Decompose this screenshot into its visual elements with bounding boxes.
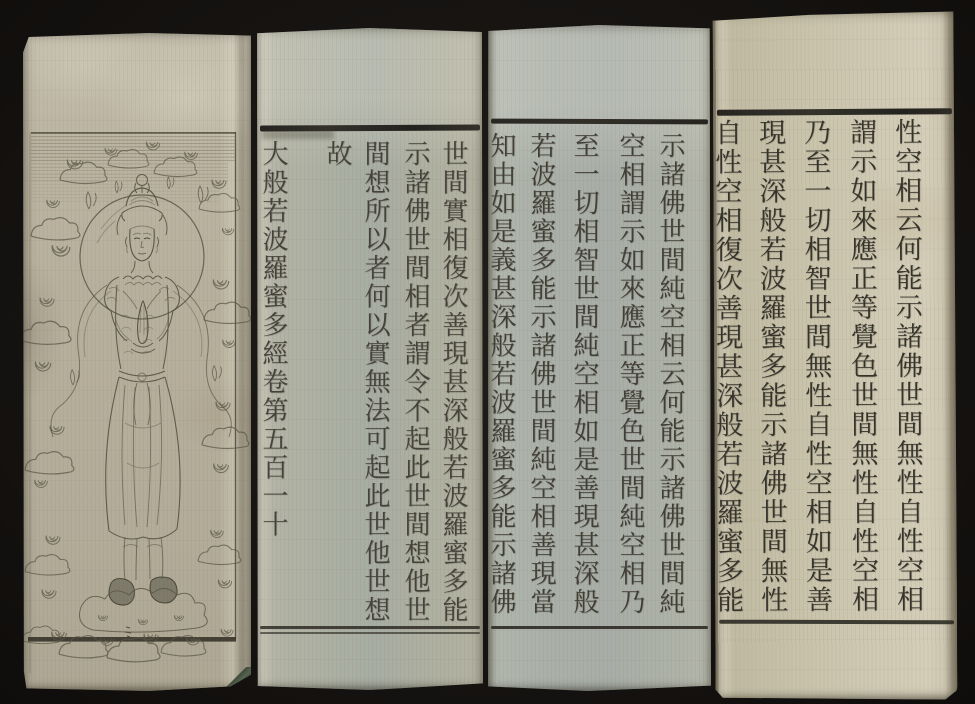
cloud-pedestal	[80, 588, 208, 637]
text-column: 示諸佛世間相者謂令不起此世間想他世	[404, 140, 434, 625]
top-border-rule	[260, 125, 480, 132]
text-column: 若波羅蜜多能示諸佛世間純空相善現當	[530, 132, 560, 617]
page-panel-colophon: 世間實相復次善現甚深般若波羅蜜多能 示諸佛世間相者謂令不起此世間想他世 間想所以…	[256, 28, 483, 690]
page-panel-text-right: 性空相云何能示諸佛世間無性自性空相 謂示如來應正等覺色世間無性自性空相 乃至一切…	[713, 11, 958, 700]
top-border-rule	[717, 108, 952, 115]
folded-corner	[223, 667, 251, 689]
cloud-motifs	[23, 142, 251, 662]
bottom-border-rule	[719, 620, 954, 625]
bottom-border-rule	[260, 632, 480, 634]
top-border-rule	[491, 119, 708, 125]
text-column: 性空相云何能示諸佛世間無性自性空相	[895, 118, 927, 615]
text-column: 乃至一切相智世間無性自性空相如是善	[804, 118, 836, 615]
page-panel-text-middle: 示諸佛世間純空相云何能示諸佛世間純 空相謂示如來應正等覺色世間純空相乃 至一切相…	[487, 25, 711, 691]
volume-title-column: 大般若波羅蜜多經卷第五百一十	[262, 140, 292, 539]
text-column: 知由如是義甚深般若波羅蜜多能示諸佛	[490, 132, 520, 617]
text-column: 故	[326, 140, 356, 169]
page-panel-illustration	[23, 33, 251, 691]
text-column: 現甚深般若波羅蜜多能示諸佛世間無性	[759, 118, 791, 615]
text-column: 示諸佛世間純空相云何能示諸佛世間純	[659, 132, 689, 617]
text-column: 空相謂示如來應正等覺色世間純空相乃	[619, 132, 649, 617]
scanned-sutra-spread: 世間實相復次善現甚深般若波羅蜜多能 示諸佛世間相者謂令不起此世間想他世 間想所以…	[0, 0, 975, 704]
text-column: 至一切相智世間純空相如是善現甚深般	[573, 132, 603, 617]
text-column: 謂示如來應正等覺色世間無性自性空相	[850, 118, 882, 615]
guardian-deity-illustration	[23, 33, 251, 691]
text-column: 世間實相復次善現甚深般若波羅蜜多能	[442, 140, 472, 625]
bottom-border-rule	[491, 626, 708, 629]
horizon-hatching	[31, 132, 236, 203]
deity-figure	[51, 175, 231, 606]
text-column: 自性空相復次善現甚深般若波羅蜜多能	[715, 118, 747, 615]
bottom-border-rule	[260, 626, 480, 629]
text-column: 間想所以者何以實無法可起此世他世想	[364, 140, 394, 625]
halo	[80, 195, 204, 319]
